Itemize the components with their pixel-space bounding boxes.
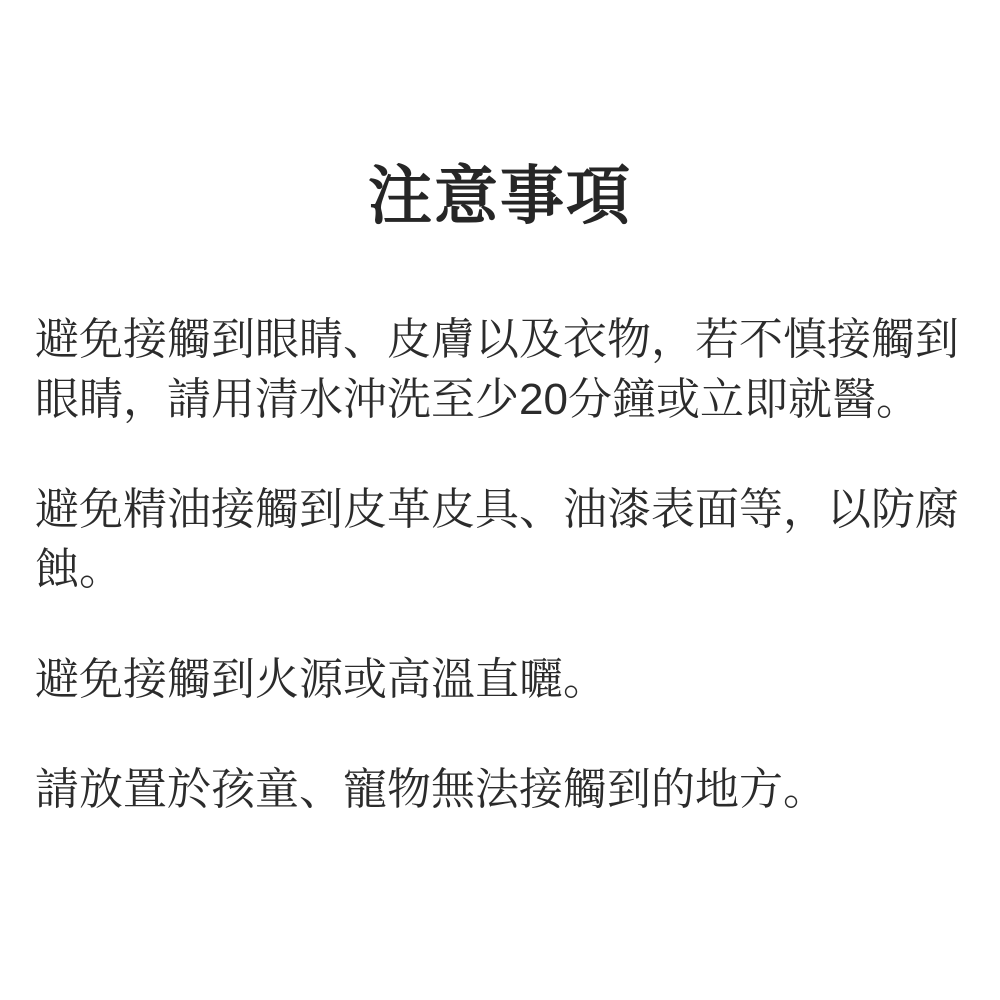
notice-paragraph-heat: 避免接觸到火源或高溫直曬。 [35, 650, 965, 710]
notice-paragraph-eye-contact: 避免接觸到眼睛、皮膚以及衣物，若不慎接觸到眼睛，請用清水沖洗至少20分鐘或立即就… [35, 310, 965, 430]
page-title: 注意事項 [35, 164, 965, 228]
notice-paragraph-corrosion: 避免精油接觸到皮革皮具、油漆表面等，以防腐蝕。 [35, 480, 965, 600]
notice-page: 注意事項 避免接觸到眼睛、皮膚以及衣物，若不慎接觸到眼睛，請用清水沖洗至少20分… [0, 0, 1000, 1000]
notice-paragraph-children-pets: 請放置於孩童、寵物無法接觸到的地方。 [35, 760, 965, 820]
